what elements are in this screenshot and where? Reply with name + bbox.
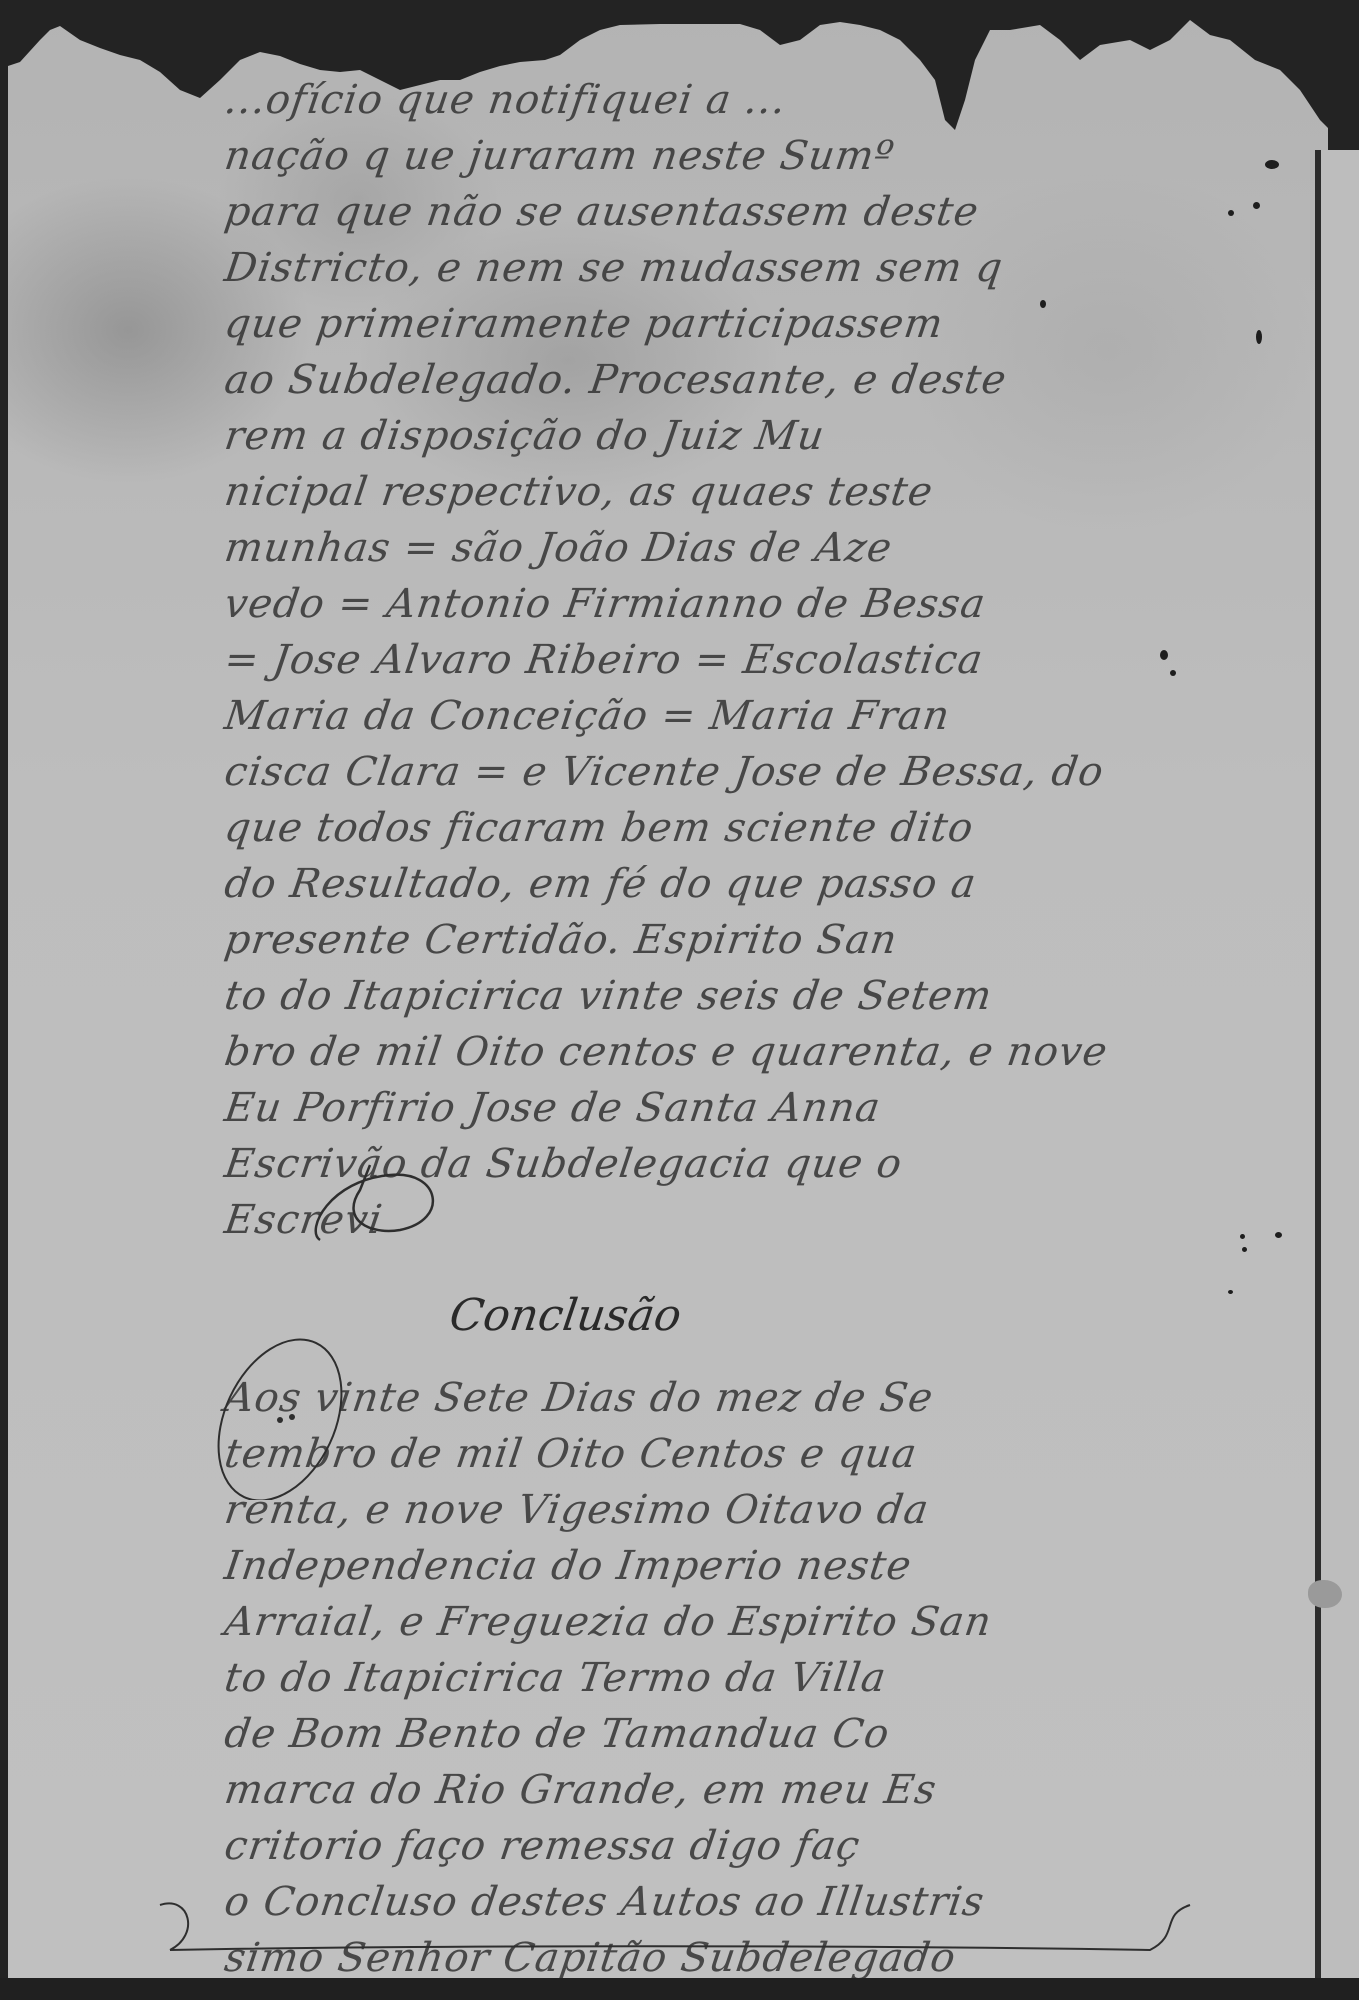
text-line: Eu Porfirio Jose de Santa Anna bbox=[221, 1080, 1109, 1136]
text-line: vedo = Antonio Firmianno de Bessa bbox=[221, 576, 1109, 632]
text-line: Arraial, e Freguezia do Espirito San bbox=[221, 1594, 1109, 1650]
ink-blot bbox=[1253, 202, 1260, 209]
text-line: nação q ue juraram neste Sumº bbox=[221, 128, 1109, 184]
text-line: tembro de mil Oito Centos e qua bbox=[221, 1426, 1109, 1482]
text-line: ao Subdelegado. Procesante, e deste bbox=[221, 352, 1109, 408]
adjacent-page-strip bbox=[1321, 150, 1359, 1980]
ink-blot bbox=[1265, 160, 1279, 169]
text-line: to do Itapicirica Termo da Villa bbox=[221, 1650, 1109, 1706]
text-line: Districto, e nem se mudassem sem q bbox=[221, 240, 1109, 296]
ink-blot bbox=[1275, 1232, 1282, 1238]
ink-blot bbox=[1256, 330, 1262, 344]
section-heading-conclusao: Conclusão bbox=[446, 1290, 684, 1341]
text-line: marca do Rio Grande, em meu Es bbox=[221, 1762, 1109, 1818]
text-line: que primeiramente participassem bbox=[221, 296, 1109, 352]
text-line: nicipal respectivo, as quaes teste bbox=[221, 464, 1109, 520]
text-line: ...ofício que notifiquei a ... bbox=[221, 72, 1109, 128]
signature-flourish bbox=[300, 1160, 460, 1250]
conclusion-text: Aos vinte Sete Dias do mez de Se tembro … bbox=[225, 1370, 1105, 1986]
text-line: presente Certidão. Espirito San bbox=[221, 912, 1109, 968]
text-line: Maria da Conceição = Maria Fran bbox=[221, 688, 1109, 744]
ink-blot bbox=[1228, 210, 1234, 216]
tape-mark bbox=[1308, 1580, 1342, 1608]
bottom-flourish bbox=[150, 1895, 1200, 1955]
ink-blot bbox=[1160, 650, 1168, 660]
text-line: to do Itapicirica vinte seis de Setem bbox=[221, 968, 1109, 1024]
text-line: do Resultado, em fé do que passo a bbox=[221, 856, 1109, 912]
text-line: = Jose Alvaro Ribeiro = Escolastica bbox=[221, 632, 1109, 688]
text-line: bro de mil Oito centos e quarenta, e nov… bbox=[221, 1024, 1109, 1080]
scan-bottom-border bbox=[0, 1978, 1359, 2000]
text-line: de Bom Bento de Tamandua Co bbox=[221, 1706, 1109, 1762]
text-line: critorio faço remessa digo faç bbox=[221, 1818, 1109, 1874]
text-line: que todos ficaram bem sciente dito bbox=[221, 800, 1109, 856]
text-line: munhas = são João Dias de Aze bbox=[221, 520, 1109, 576]
text-line: cisca Clara = e Vicente Jose de Bessa, d… bbox=[221, 744, 1109, 800]
text-line: renta, e nove Vigesimo Oitavo da bbox=[221, 1482, 1109, 1538]
text-line: Aos vinte Sete Dias do mez de Se bbox=[221, 1370, 1109, 1426]
ink-blot bbox=[1170, 670, 1176, 676]
text-line: rem a disposição do Juiz Mu bbox=[221, 408, 1109, 464]
text-line: Independencia do Imperio neste bbox=[221, 1538, 1109, 1594]
certificate-text: ...ofício que notifiquei a ... nação q u… bbox=[225, 72, 1105, 1248]
text-line: para que não se ausentassem deste bbox=[221, 184, 1109, 240]
ink-blot bbox=[1242, 1247, 1247, 1252]
ink-blot bbox=[1240, 1234, 1245, 1239]
ink-blot bbox=[1228, 1290, 1233, 1294]
